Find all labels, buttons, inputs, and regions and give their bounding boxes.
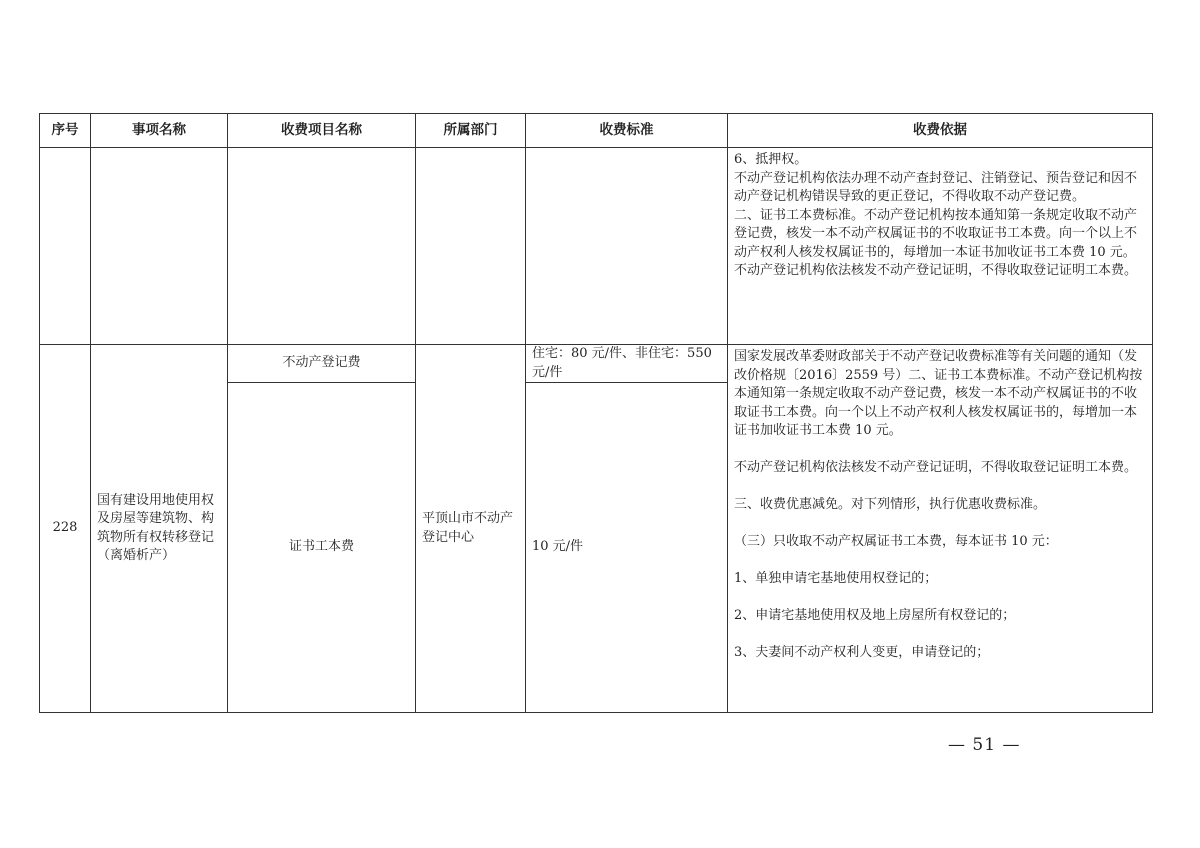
table-row-228: 228 国有建设用地使用权及房屋等建筑物、构筑物所有权转移登记（离婚析产） 不动… xyxy=(40,345,1153,383)
cell-number: 228 xyxy=(40,345,91,713)
header-number: 序号 xyxy=(40,114,91,148)
basis-paragraph: 2、申请宅基地使用权及地上房屋所有权登记的； xyxy=(734,607,1146,626)
basis-paragraph: 3、夫妻间不动产权利人变更，申请登记的； xyxy=(734,644,1146,663)
cell-empty xyxy=(91,148,228,345)
basis-line: 6、抵押权。 xyxy=(734,151,1146,170)
header-item-name: 事项名称 xyxy=(91,114,228,148)
basis-line: 二、证书工本费标准。不动产登记机构按本通知第一条规定收取不动产登记费，核发一本不… xyxy=(734,207,1146,263)
cell-fee-standard: 住宅：80 元/件、非住宅：550 元/件 xyxy=(526,345,728,383)
page-number: — 51 — xyxy=(948,735,1020,755)
cell-fee-basis: 6、抵押权。 不动产登记机构依法办理不动产查封登记、注销登记、预告登记和因不动产… xyxy=(728,148,1153,345)
cell-fee-name: 不动产登记费 xyxy=(228,345,416,383)
header-fee-basis: 收费依据 xyxy=(728,114,1153,148)
basis-line: 不动产登记机构依法核发不动产登记证明，不得收取登记证明工本费。 xyxy=(734,262,1146,281)
basis-line: 不动产登记机构依法办理不动产查封登记、注销登记、预告登记和因不动产登记机构错误导… xyxy=(734,170,1146,207)
cell-fee-basis: 国家发展改革委财政部关于不动产登记收费标准等有关问题的通知（发改价格规〔2016… xyxy=(728,345,1153,713)
basis-paragraph: 不动产登记机构依法核发不动产登记证明，不得收取登记证明工本费。 xyxy=(734,459,1146,478)
cell-empty xyxy=(526,148,728,345)
cell-fee-standard: 10 元/件 xyxy=(526,383,728,713)
header-department: 所属部门 xyxy=(416,114,526,148)
basis-paragraph: 1、单独申请宅基地使用权登记的； xyxy=(734,570,1146,589)
cell-empty xyxy=(228,148,416,345)
basis-paragraph: 三、收费优惠减免。对下列情形，执行优惠收费标准。 xyxy=(734,496,1146,515)
fee-table: 序号 事项名称 收费项目名称 所属部门 收费标准 收费依据 6、抵押权。 不动产… xyxy=(39,113,1153,713)
basis-paragraph: 国家发展改革委财政部关于不动产登记收费标准等有关问题的通知（发改价格规〔2016… xyxy=(734,348,1146,441)
cell-item-name: 国有建设用地使用权及房屋等建筑物、构筑物所有权转移登记（离婚析产） xyxy=(91,345,228,713)
header-fee-standard: 收费标准 xyxy=(526,114,728,148)
cell-department: 平顶山市不动产登记中心 xyxy=(416,345,526,713)
cell-empty xyxy=(40,148,91,345)
header-fee-name: 收费项目名称 xyxy=(228,114,416,148)
basis-paragraph: （三）只收取不动产权属证书工本费，每本证书 10 元： xyxy=(734,533,1146,552)
header-row: 序号 事项名称 收费项目名称 所属部门 收费标准 收费依据 xyxy=(40,114,1153,148)
cell-empty xyxy=(416,148,526,345)
table-row-continued: 6、抵押权。 不动产登记机构依法办理不动产查封登记、注销登记、预告登记和因不动产… xyxy=(40,148,1153,345)
cell-fee-name: 证书工本费 xyxy=(228,383,416,713)
